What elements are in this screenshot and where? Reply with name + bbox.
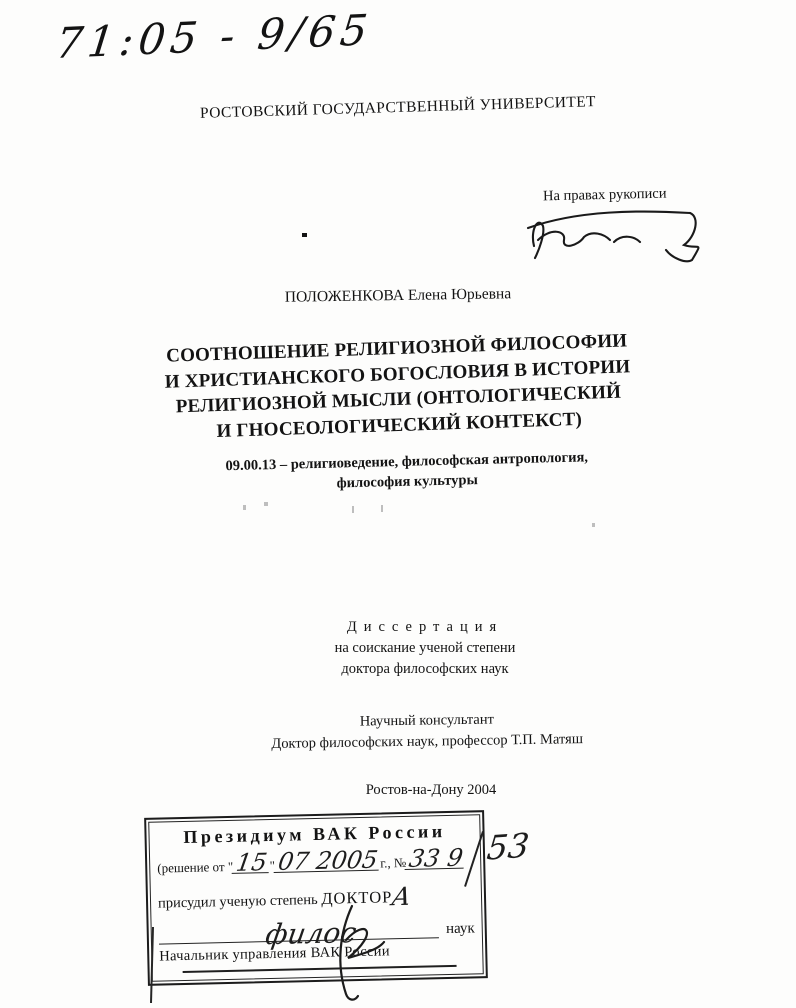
decision-date-handwritten: 07 2005 [273,849,382,873]
scan-artifact-speck [381,505,383,512]
decision-mid-text: г., № [380,855,406,872]
vak-stamp-inner-border: Президиум ВАК России (решение от " 15 " … [148,814,484,981]
scan-artifact-speck [352,506,354,513]
specialty-code: 09.00.13 – религиоведение, философская а… [0,442,796,501]
author-signature-icon [522,202,712,269]
scan-artifact-dot [302,233,307,237]
official-signature-icon [322,902,392,1008]
thesis-degree: доктора философских наук [54,659,796,680]
consultant-block: Научный консультант Доктор философских н… [0,705,796,759]
awarded-text: присудил ученую степень [158,892,318,912]
stamp-field-line: филос наук [158,907,475,944]
scan-artifact-speck [243,505,246,510]
stamp-decision-line: (решение от " 15 " 07 2005 г., № 33 9 [157,847,474,884]
thesis-type: Диссертация [54,617,796,638]
thesis-statement: Диссертация на соискание ученой степени … [0,617,796,680]
vak-approval-stamp: Президиум ВАК России (решение от " 15 " … [144,810,488,986]
scan-artifact-speck [264,502,268,506]
university-name: РОСТОВСКИЙ ГОСУДАРСТВЕННЫЙ УНИВЕРСИТЕТ [0,87,796,129]
field-suffix: наук [446,920,475,938]
field-blank-line: филос [158,907,439,944]
stamp-signature-line [182,965,456,973]
city-and-year: Ростов-на-Дону 2004 [0,782,796,799]
decision-number-handwritten: 33 9 [405,848,468,871]
dissertation-title: СООТНОШЕНИЕ РЕЛИГИОЗНОЙ ФИЛОСОФИИ И ХРИС… [0,323,796,451]
author-name: ПОЛОЖЕНКОВА Елена Юрьевна [0,281,796,312]
inventory-number-handwritten: 71:05 - 9/65 [53,5,375,68]
outside-number-handwritten: 53 [486,831,531,862]
decision-prefix: (решение от " [157,859,233,877]
decision-day-handwritten: 15 [231,852,271,874]
thesis-purpose: на соискание ученой степени [54,638,796,659]
degree-letter-handwritten: А [391,886,413,908]
scan-artifact-speck [592,523,595,527]
